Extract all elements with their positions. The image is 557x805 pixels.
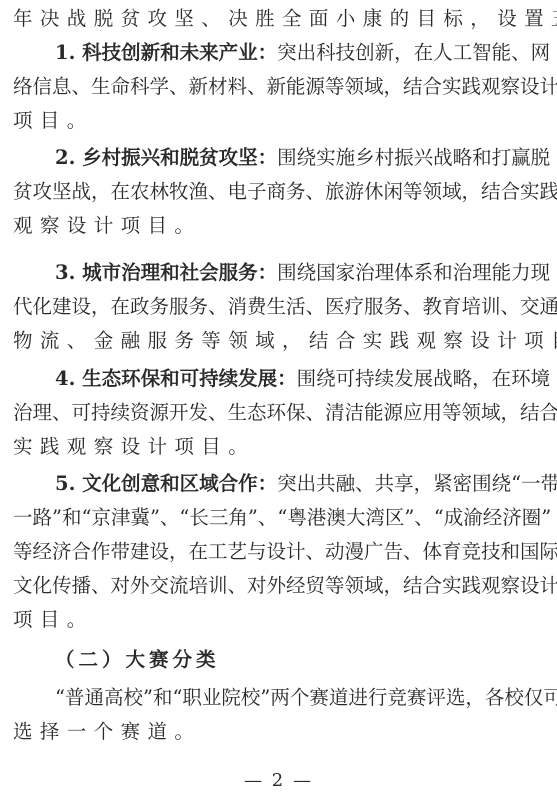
item-1-line-1: 1. 科技创新和未来产业：突出科技创新，在人工智能、网 <box>13 38 543 68</box>
item-1-line-2: 络信息、生命科学、新材料、新能源等领域，结合实践观察设计 <box>13 72 543 102</box>
item-1-title: 1. 科技创新和未来产业： <box>55 41 277 64</box>
item-5-line-2: 一路”和“京津冀”、“长三角”、“粤港澳大湾区”、“成渝经济圈” <box>13 503 543 533</box>
text-line: 治理、可持续资源开发、生态环保、清洁能源应用等领域，结合 <box>13 401 557 424</box>
item-4-title: 4. 生态环保和可持续发展： <box>55 367 297 390</box>
item-2-line-1: 2. 乡村振兴和脱贫攻坚：围绕实施乡村振兴战略和打赢脱 <box>13 143 543 173</box>
item-3-line-1: 3. 城市治理和社会服务：围绕国家治理体系和治理能力现 <box>13 258 543 288</box>
item-4-line-2: 治理、可持续资源开发、生态环保、清洁能源应用等领域，结合 <box>13 398 543 428</box>
paragraph-intro-line: 年决战脱贫攻坚、决胜全面小康的目标，设置五个组别。 <box>13 4 543 34</box>
item-2-text: 围绕实施乡村振兴战略和打赢脱 <box>277 146 550 169</box>
text-line: 实践观察设计项目。 <box>13 435 255 458</box>
item-3-text: 围绕国家治理体系和治理能力现 <box>277 261 550 284</box>
text-line: 项目。 <box>13 109 94 132</box>
text-line: 络信息、生命科学、新材料、新能源等领域，结合实践观察设计 <box>13 75 557 98</box>
item-4-text: 围绕可持续发展战略，在环境 <box>297 367 551 390</box>
item-5-line-5: 项目。 <box>13 605 543 635</box>
item-2-title: 2. 乡村振兴和脱贫攻坚： <box>55 146 277 169</box>
text-line: 项目。 <box>13 608 94 631</box>
text-line: 观察设计项目。 <box>13 214 201 237</box>
final-paragraph-line-1: “普通高校”和“职业院校”两个赛道进行竞赛评选，各校仅可 <box>13 683 543 713</box>
item-5-text: 突出共融、共享，紧密围绕“一带 <box>277 472 557 495</box>
text-line: 贫攻坚战，在农林牧渔、电子商务、旅游休闲等领域，结合实践 <box>13 180 557 203</box>
item-1-text: 突出科技创新，在人工智能、网 <box>277 41 550 64</box>
text-line: 等经济合作带建设，在工艺与设计、动漫广告、体育竞技和国际 <box>13 540 557 563</box>
section-heading-text: （二）大赛分类 <box>55 648 220 671</box>
item-2-line-3: 观察设计项目。 <box>13 211 543 241</box>
item-3-line-3: 物流、金融服务等领域，结合实践观察设计项目。 <box>13 326 543 356</box>
item-2-line-2: 贫攻坚战，在农林牧渔、电子商务、旅游休闲等领域，结合实践 <box>13 177 543 207</box>
text-line: “普通高校”和“职业院校”两个赛道进行竞赛评选，各校仅可 <box>55 686 557 709</box>
page-number: — 2 — <box>0 770 557 791</box>
text-line: 一路”和“京津冀”、“长三角”、“粤港澳大湾区”、“成渝经济圈” <box>13 506 551 529</box>
item-4-line-3: 实践观察设计项目。 <box>13 432 543 462</box>
section-heading: （二）大赛分类 <box>13 645 543 675</box>
item-5-line-1: 5. 文化创意和区域合作：突出共融、共享，紧密围绕“一带 <box>13 469 543 499</box>
text-line: 代化建设，在政务服务、消费生活、医疗服务、教育培训、交通 <box>13 295 557 318</box>
item-3-line-2: 代化建设，在政务服务、消费生活、医疗服务、教育培训、交通 <box>13 292 543 322</box>
final-paragraph-line-2: 选择一个赛道。 <box>13 717 543 747</box>
text-line: 选择一个赛道。 <box>13 720 201 743</box>
item-3-title: 3. 城市治理和社会服务： <box>55 261 277 284</box>
item-5-line-3: 等经济合作带建设，在工艺与设计、动漫广告、体育竞技和国际 <box>13 537 543 567</box>
item-5-line-4: 文化传播、对外交流培训、对外经贸等领域，结合实践观察设计 <box>13 571 543 601</box>
text-line: 物流、金融服务等领域，结合实践观察设计项目。 <box>13 329 557 352</box>
item-1-line-3: 项目。 <box>13 106 543 136</box>
item-4-line-1: 4. 生态环保和可持续发展：围绕可持续发展战略，在环境 <box>13 364 543 394</box>
text-line: 文化传播、对外交流培训、对外经贸等领域，结合实践观察设计 <box>13 574 557 597</box>
item-5-title: 5. 文化创意和区域合作： <box>55 472 277 495</box>
text-line: 年决战脱贫攻坚、决胜全面小康的目标，设置五个组别。 <box>13 7 557 30</box>
